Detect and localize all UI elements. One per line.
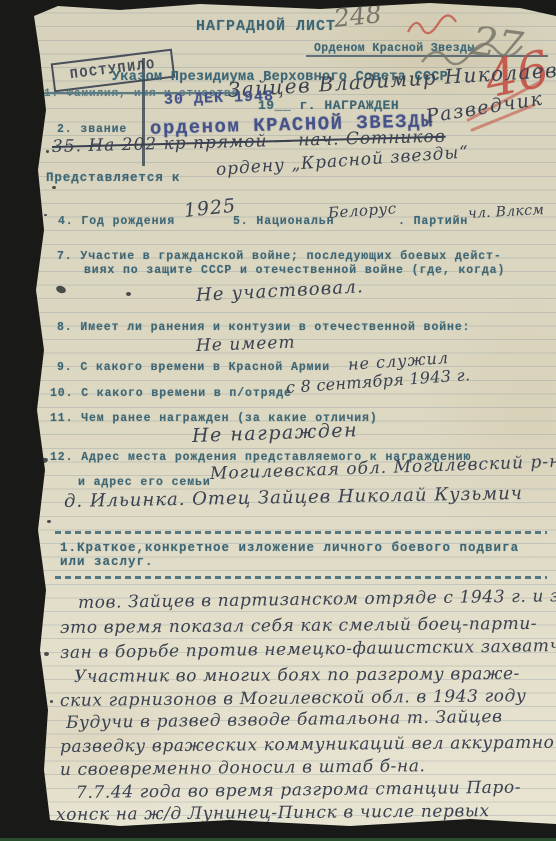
field-12-address-label-line2: и адрес его семьи bbox=[78, 476, 211, 489]
field-9-army-label: 9. С какого времени в Красной Армии bbox=[57, 361, 330, 374]
registry-number-pencil: 248 bbox=[332, 0, 382, 33]
narrative-line: 7.7.44 года во время разгрома станции Па… bbox=[76, 778, 521, 803]
wounds-handwritten: Не имеет bbox=[196, 333, 296, 356]
presented-label: Представляется к bbox=[46, 171, 180, 185]
narrative-line: и своевременно доносил в штаб б-на. bbox=[60, 756, 426, 780]
summary-label-line2: или заслуг. bbox=[60, 555, 154, 569]
field-4-birth-label: 4. Год рождения bbox=[58, 215, 175, 228]
paper-speck bbox=[55, 285, 67, 295]
field-7-war-label-line1: 7. Участие в гражданской войне; последую… bbox=[57, 250, 502, 263]
paper-speck bbox=[44, 214, 47, 216]
field-8-wounds-label: 8. Имеет ли ранения и контузии в отечест… bbox=[57, 321, 470, 334]
paper-speck bbox=[126, 292, 131, 296]
field-2-rank-label: 2. звание bbox=[57, 123, 127, 136]
rank-handwritten: Разведчик bbox=[424, 88, 545, 128]
paper-speck bbox=[52, 186, 56, 189]
narrative-line: Участник во многих боях по разгрому враж… bbox=[74, 664, 520, 687]
narrative-line: зан в борьбе против немецко-фашистских з… bbox=[60, 635, 556, 663]
nationality-handwritten: Белорус bbox=[327, 199, 397, 222]
narrative-line: тов. Зайцев в партизанском отряде с 1943… bbox=[78, 586, 556, 613]
birth-year-handwritten: 1925 bbox=[183, 195, 237, 222]
document-page: НАГРАДНОЙ ЛИСТ 248 Орденом Красной Звезд… bbox=[0, 0, 556, 841]
narrative-line: хонск на ж/д Лунинец-Пинск в числе первы… bbox=[56, 801, 490, 825]
field-10-detachment-label: 10. С какого времени в п/отряде bbox=[50, 387, 292, 400]
scanner-background: { "colors": { "background": "#191917", "… bbox=[0, 0, 556, 841]
document-title: НАГРАДНОЙ ЛИСТ bbox=[196, 18, 336, 35]
field-5-nationality-label: 5. Национальн bbox=[233, 215, 334, 228]
summary-label-line1: 1.Краткое,конкретное изложение личного б… bbox=[60, 541, 519, 555]
narrative-line: Будучи в развед взводе батальона т. Зайц… bbox=[66, 707, 503, 733]
dashed-separator bbox=[55, 531, 547, 534]
paper-speck bbox=[47, 520, 51, 523]
dashed-separator bbox=[55, 576, 547, 579]
narrative-line: это время показал себя как смелый боец-п… bbox=[60, 614, 537, 638]
paper-speck bbox=[50, 700, 53, 703]
paper-speck bbox=[39, 457, 48, 464]
field-5-party-label: . Партийн bbox=[398, 215, 468, 228]
paper-speck bbox=[46, 150, 49, 153]
party-handwritten: чл. Влксм bbox=[468, 202, 545, 222]
war-participation-handwritten: Не участвовал. bbox=[195, 276, 364, 306]
narrative-line: разведку вражеских коммуникаций вел акку… bbox=[60, 733, 555, 757]
prior-awards-handwritten: Не награжден bbox=[192, 419, 359, 447]
field-7-war-label-line2: виях по защите СССР и отечественной войн… bbox=[84, 264, 505, 277]
paper-speck bbox=[44, 652, 49, 656]
